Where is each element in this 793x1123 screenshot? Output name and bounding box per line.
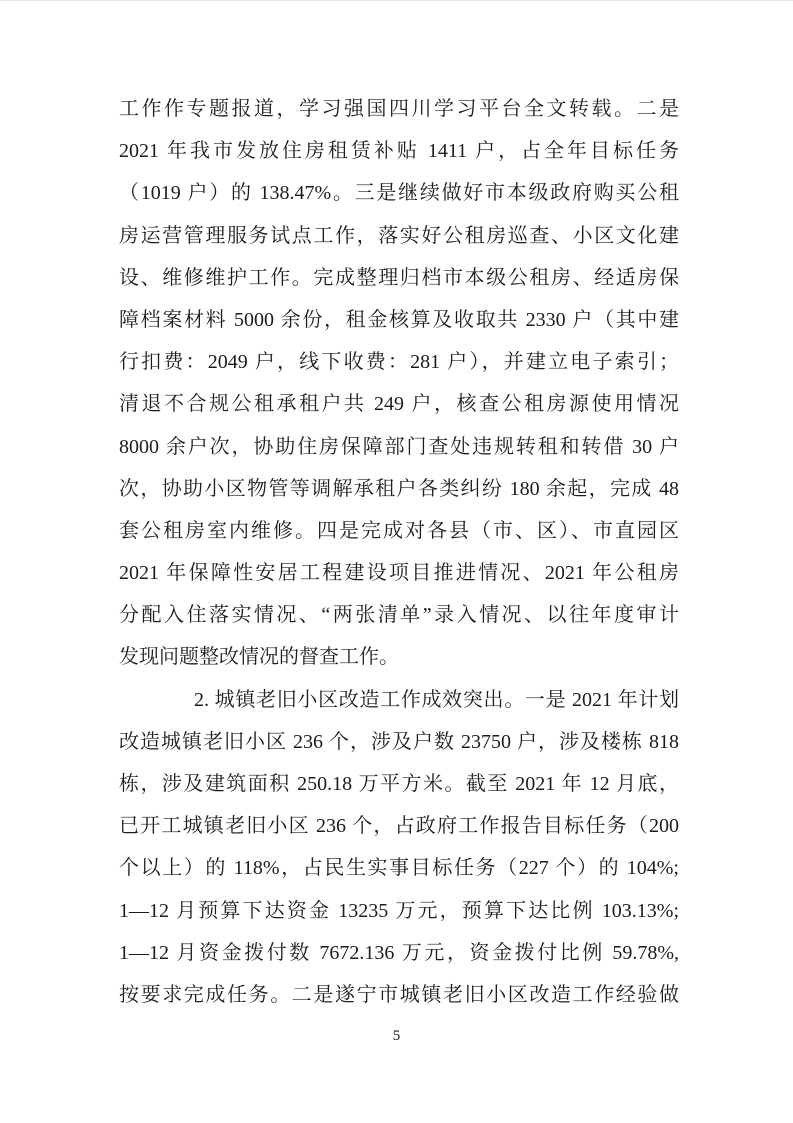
text-line: 套公租房室内维修。四是完成对各县（市、区）、市直园区 xyxy=(119,510,679,552)
text-line: 1—12 月资金拨付数 7672.136 万元，资金拨付比例 59.78%, xyxy=(119,932,679,974)
text-line: 2021 年我市发放住房租赁补贴 1411 户，占全年目标任务 xyxy=(119,130,679,172)
text-line: 1—12 月预算下达资金 13235 万元，预算下达比例 103.13%; xyxy=(119,890,679,932)
text-line: 工作作专题报道，学习强国四川学习平台全文转载。二是 xyxy=(119,88,679,130)
document-page: 工作作专题报道，学习强国四川学习平台全文转载。二是 2021 年我市发放住房租赁… xyxy=(0,0,793,1123)
text-line: 发现问题整改情况的督查工作。 xyxy=(119,636,679,678)
text-line: 清退不合规公租承租户共 249 户，核查公租房源使用情况 xyxy=(119,383,679,425)
text-line: 2. 城镇老旧小区改造工作成效突出。一是 2021 年计划 xyxy=(119,679,679,721)
page-number: 5 xyxy=(0,1025,793,1047)
document-body: 工作作专题报道，学习强国四川学习平台全文转载。二是 2021 年我市发放住房租赁… xyxy=(119,88,679,1016)
text-line: 已开工城镇老旧小区 236 个，占政府工作报告目标任务（200 xyxy=(119,805,679,847)
text-line: 个以上）的 118%，占民生实事目标任务（227 个）的 104%; xyxy=(119,847,679,889)
text-line: 行扣费：2049 户，线下收费：281 户），并建立电子索引； xyxy=(119,341,679,383)
text-line: 障档案材料 5000 余份，租金核算及收取共 2330 户（其中建 xyxy=(119,299,679,341)
text-line: 次，协助小区物管等调解承租户各类纠纷 180 余起，完成 48 xyxy=(119,468,679,510)
text-line: （1019 户）的 138.47%。三是继续做好市本级政府购买公租 xyxy=(119,172,679,214)
text-line: 设、维修维护工作。完成整理归档市本级公租房、经适房保 xyxy=(119,257,679,299)
text-line: 按要求完成任务。二是遂宁市城镇老旧小区改造工作经验做 xyxy=(119,974,679,1016)
text-line: 分配入住落实情况、“两张清单”录入情况、以往年度审计 xyxy=(119,594,679,636)
text-line: 房运营管理服务试点工作，落实好公租房巡查、小区文化建 xyxy=(119,215,679,257)
text-line: 栋，涉及建筑面积 250.18 万平方米。截至 2021 年 12 月底， xyxy=(119,763,679,805)
text-line: 改造城镇老旧小区 236 个，涉及户数 23750 户，涉及楼栋 818 xyxy=(119,721,679,763)
text-line: 2021 年保障性安居工程建设项目推进情况、2021 年公租房 xyxy=(119,552,679,594)
text-line: 8000 余户次，协助住房保障部门查处违规转租和转借 30 户 xyxy=(119,426,679,468)
